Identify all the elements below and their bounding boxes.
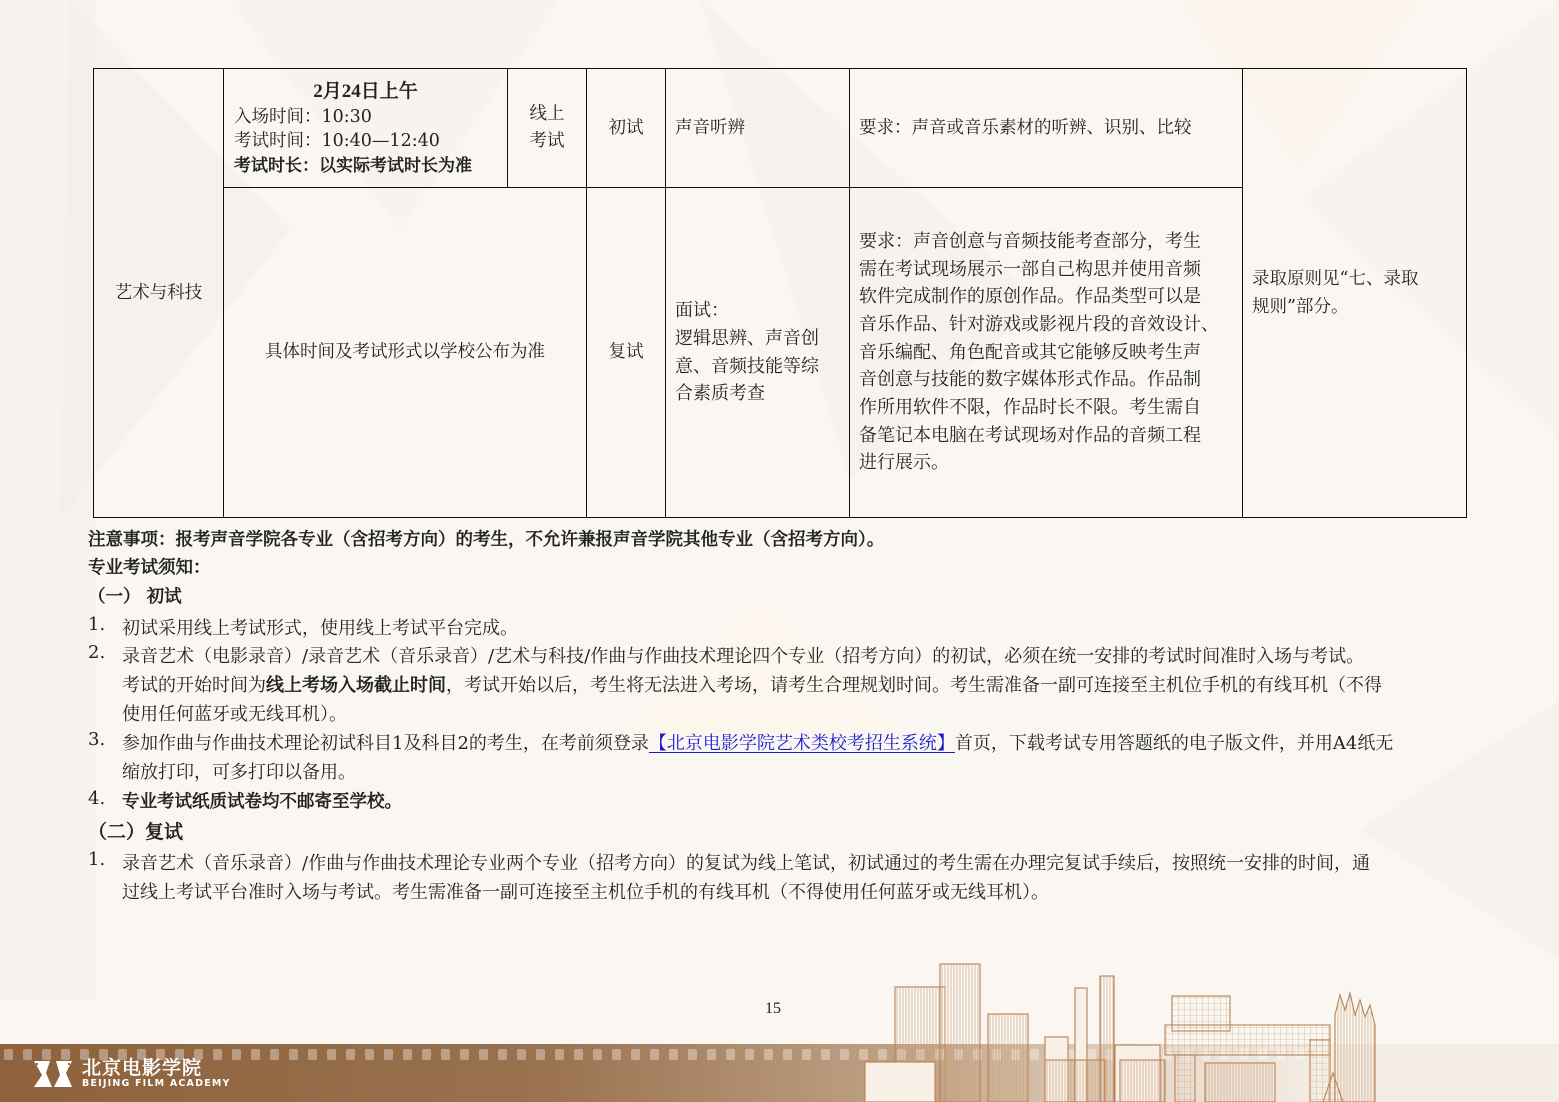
exam-mode-line: 考试 <box>517 128 577 155</box>
schedule-cell: 具体时间及考试形式以学校公布为准 <box>224 188 587 518</box>
table-row-preliminary: 艺术与科技 2月24日上午 入场时间：10:30 考试时间：10:40—12:4… <box>94 69 1467 188</box>
list-number: 4. <box>88 788 105 809</box>
exam-mode-cell: 线上 考试 <box>508 69 587 188</box>
list-text: 录音艺术（电影录音）/录音艺术（音乐录音）/艺术与科技/作曲与作曲技术理论四个专… <box>122 642 1364 668</box>
admission-line: 规则”部分。 <box>1252 293 1457 321</box>
schedule-cell: 2月24日上午 入场时间：10:30 考试时间：10:40—12:40 考试时长… <box>224 69 508 188</box>
requirement-line: 要求：声音创意与音频技能考查部分，考生 <box>859 228 1233 256</box>
subject-line: 合素质考查 <box>675 380 840 408</box>
exam-schedule-table: 艺术与科技 2月24日上午 入场时间：10:30 考试时间：10:40—12:4… <box>93 68 1467 518</box>
section-retest-title: （二）复试 <box>88 817 183 844</box>
list-text: ，考试开始以后，考生将无法进入考场，请考生合理规划时间。考生需准备一副可连接至主… <box>446 675 1382 696</box>
requirement-line: 音乐作品、针对游戏或影视片段的音效设计、 <box>859 311 1233 339</box>
exam-time: 考试时间：10:40—12:40 <box>234 129 497 154</box>
requirement-cell: 要求：声音创意与音频技能考查部分，考生 需在考试现场展示一部自己构思并使用音频 … <box>850 188 1243 518</box>
subject-cell: 声音听辨 <box>666 69 850 188</box>
film-star-logo-icon <box>32 1059 74 1089</box>
requirement-line: 作所用软件不限，作品时长不限。考生需自 <box>859 394 1233 422</box>
subject-line: 意、音频技能等综 <box>675 353 840 381</box>
list-number: 3. <box>88 729 105 750</box>
exam-notice-title: 专业考试须知： <box>88 554 211 579</box>
section-preliminary-title: （一） 初试 <box>88 583 182 608</box>
list-text-continued: 过线上考试平台准时入场与考试。考生需准备一副可连接至主机位手机的有线耳机（不得使… <box>122 878 1049 904</box>
exam-mode-line: 线上 <box>517 101 577 128</box>
page-number: 15 <box>765 1000 781 1018</box>
requirement-line: 备笔记本电脑在考试现场对作品的音频工程 <box>859 422 1233 450</box>
requirement-line: 音乐编配、角色配音或其它能够反映考生声 <box>859 339 1233 367</box>
document-page: 艺术与科技 2月24日上午 入场时间：10:30 考试时间：10:40—12:4… <box>0 0 1559 1102</box>
requirement-cell: 要求：声音或音乐素材的听辨、识别、比较 <box>850 69 1243 188</box>
logo-chinese-name: 北京电影学院 <box>82 1058 231 1078</box>
stage-cell: 复试 <box>587 188 666 518</box>
requirement-line: 进行展示。 <box>859 449 1233 477</box>
requirement-line: 软件完成制作的原创作品。作品类型可以是 <box>859 283 1233 311</box>
campus-skyline-illustration <box>860 955 1559 1102</box>
list-number: 1. <box>88 614 105 635</box>
exam-date: 2月24日上午 <box>234 80 497 105</box>
logo-english-name: BEIJING FILM ACADEMY <box>82 1078 231 1089</box>
attention-note: 注意事项：报考声音学院各专业（含招考方向）的考生，不允许兼报声音学院其他专业（含… <box>88 526 884 551</box>
admission-cell: 录取原则见“七、录取 规则”部分。 <box>1243 69 1467 518</box>
requirement-line: 音创意与技能的数字媒体形式作品。作品制 <box>859 366 1233 394</box>
subject-cell: 面试： 逻辑思辨、声音创 意、音频技能等综 合素质考查 <box>666 188 850 518</box>
subject-line: 面试： <box>675 297 840 325</box>
list-number: 1. <box>88 849 105 870</box>
list-text: 专业考试纸质试卷均不邮寄至学校。 <box>122 788 402 813</box>
academy-logo: 北京电影学院 BEIJING FILM ACADEMY <box>32 1058 231 1089</box>
list-text: 考试的开始时间为 <box>122 675 266 696</box>
stage-cell: 初试 <box>587 69 666 188</box>
list-text: 录音艺术（音乐录音）/作曲与作曲技术理论专业两个专业（招考方向）的复试为线上笔试… <box>122 849 1370 875</box>
admission-system-link[interactable]: 【北京电影学院艺术类校考招生系统】 <box>649 733 955 754</box>
subject-line: 逻辑思辨、声音创 <box>675 325 840 353</box>
list-number: 2. <box>88 642 105 663</box>
list-text: 参加作曲与作曲技术理论初试科目1及科目2的考生，在考前须登录 <box>122 733 649 754</box>
list-text: 初试采用线上考试形式，使用线上考试平台完成。 <box>122 614 518 640</box>
list-text-continued: 缩放打印，可多打印以备用。 <box>122 758 356 784</box>
requirement-line: 需在考试现场展示一部自己构思并使用音频 <box>859 256 1233 284</box>
list-text-continued: 考试的开始时间为线上考场入场截止时间，考试开始以后，考生将无法进入考场，请考生合… <box>122 671 1382 697</box>
list-text-continued: 使用任何蓝牙或无线耳机）。 <box>122 700 347 726</box>
emphasis-text: 线上考场入场截止时间 <box>266 675 446 696</box>
entry-time: 入场时间：10:30 <box>234 105 497 130</box>
list-text: 首页，下载考试专用答题纸的电子版文件，并用A4纸无 <box>955 733 1393 754</box>
exam-duration: 考试时长：以实际考试时长为准 <box>234 154 497 179</box>
admission-line: 录取原则见“七、录取 <box>1252 265 1457 293</box>
major-cell: 艺术与科技 <box>94 69 224 518</box>
list-text: 参加作曲与作曲技术理论初试科目1及科目2的考生，在考前须登录【北京电影学院艺术类… <box>122 729 1393 755</box>
